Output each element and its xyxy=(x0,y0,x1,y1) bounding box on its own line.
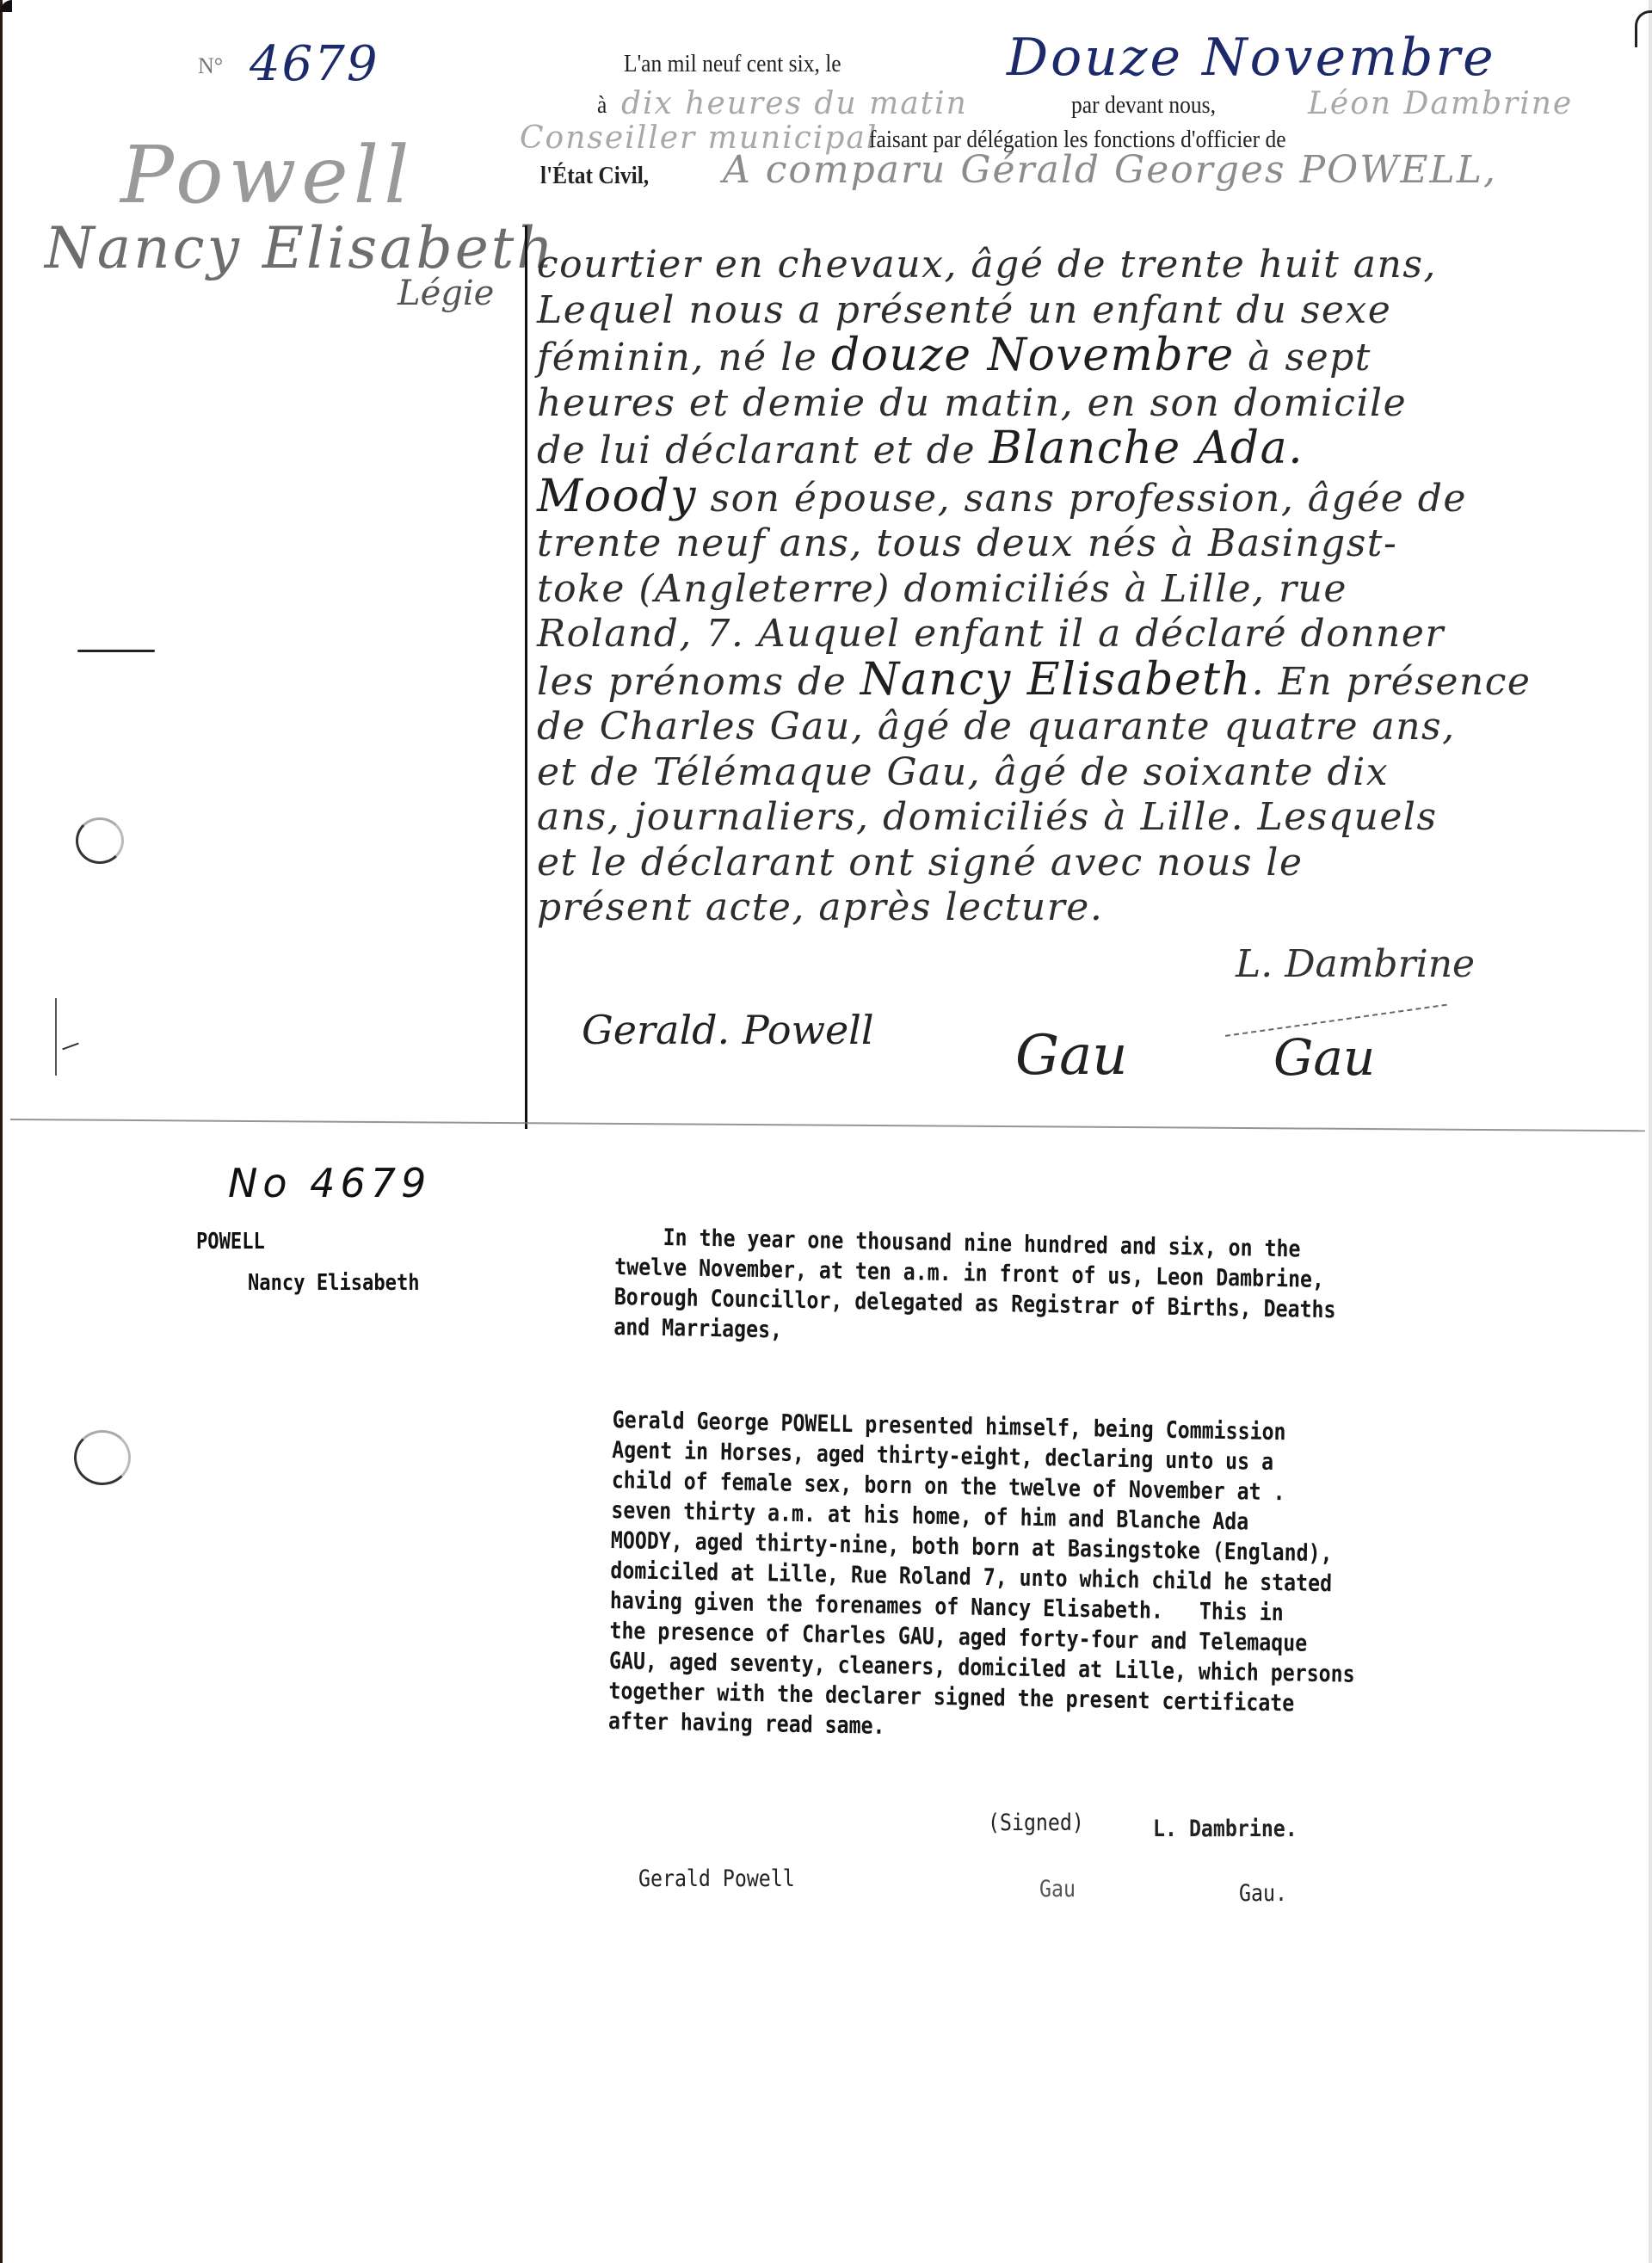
record-body-text: courtier en chevaux, âgé de trente huit … xyxy=(537,243,1526,931)
header-printed-a: à xyxy=(597,91,607,120)
record-body-line: de lui déclarant et de Blanche Ada. xyxy=(537,426,1526,474)
register-number-prefix: N° xyxy=(198,53,223,79)
record-body-line: toke (Angleterre) domiciliés à Lille, ru… xyxy=(537,567,1526,613)
record-body-line: trente neuf ans, tous deux nés à Basings… xyxy=(537,521,1526,567)
register-number: 4679 xyxy=(250,36,379,92)
scan-corner-top-right xyxy=(1635,10,1652,47)
record-body-line: Roland, 7. Auquel enfant il a déclaré do… xyxy=(537,612,1526,657)
punch-hole-icon xyxy=(76,817,124,864)
margin-given-names: Nancy Elisabeth xyxy=(45,215,556,281)
signature-witness-2: Gau xyxy=(1273,1028,1375,1087)
record-body-emphasis: Blanche Ada. xyxy=(989,422,1304,474)
page-fold-divider xyxy=(10,1119,1645,1131)
margin-vertical-mark xyxy=(55,998,57,1076)
record-body-line: présent acte, après lecture. xyxy=(537,885,1526,931)
punch-hole-icon xyxy=(74,1430,131,1485)
translation-paragraph-1: In the year one thousand nine hundred an… xyxy=(613,1222,1489,1359)
signed-officer: L. Dambrine. xyxy=(1153,1816,1298,1842)
translation-surname: POWELL xyxy=(196,1229,265,1255)
translation-paragraph-2: Gerald George POWELL presented himself, … xyxy=(608,1405,1486,1752)
margin-annotation: Légie xyxy=(398,274,494,313)
record-body-line: féminin, né le douze Novembre à sept xyxy=(537,333,1526,381)
translation-given-names: Nancy Elisabeth xyxy=(248,1270,420,1296)
record-body-line: et de Télémaque Gau, âgé de soixante dix xyxy=(537,750,1526,796)
margin-dash-mark xyxy=(77,650,155,652)
translation-number: No 4679 xyxy=(228,1160,431,1206)
scan-edge-right xyxy=(1649,0,1652,2263)
record-body-line: ans, journaliers, domiciliés à Lille. Le… xyxy=(537,795,1526,841)
signature-witness-1: Gau xyxy=(1015,1024,1128,1088)
header-printed-par-devant: par devant nous, xyxy=(1071,91,1216,120)
record-body-emphasis: Nancy Elisabeth xyxy=(860,654,1252,706)
signed-declarant: Gerald Powell xyxy=(638,1865,795,1892)
record-body-line: heures et demie du matin, en son domicil… xyxy=(537,381,1526,427)
record-body-line: les prénoms de Nancy Elisabeth. En prése… xyxy=(537,657,1526,706)
header-time-handwritten: dix heures du matin xyxy=(621,86,968,121)
signed-label: (Signed) xyxy=(988,1810,1084,1836)
record-body-emphasis: douze Novembre xyxy=(831,330,1235,381)
header-officer-handwritten: Léon Dambrine xyxy=(1308,86,1573,121)
signed-witness-1: Gau xyxy=(1039,1876,1076,1902)
record-body-line: et le déclarant ont signé avec nous le xyxy=(537,841,1526,886)
header-printed-etat-civil: l'État Civil, xyxy=(540,162,649,190)
record-body-emphasis: Moody xyxy=(537,471,697,522)
header-declarant-handwritten: A comparu Gérald Georges POWELL, xyxy=(723,148,1497,192)
record-body-line: de Charles Gau, âgé de quarante quatre a… xyxy=(537,705,1526,750)
margin-rule xyxy=(525,225,527,1129)
header-date-handwritten: Douze Novembre xyxy=(1007,28,1496,88)
signature-officer: L. Dambrine xyxy=(1236,942,1475,986)
record-body-line: courtier en chevaux, âgé de trente huit … xyxy=(537,243,1526,288)
margin-surname: Powell xyxy=(120,129,415,221)
margin-tick-mark xyxy=(62,1043,78,1051)
header-printed-line-1: L'an mil neuf cent six, le xyxy=(624,50,841,78)
signature-declarant: Gerald. Powell xyxy=(582,1007,874,1053)
signed-witness-2: Gau. xyxy=(1239,1880,1287,1907)
record-body-line: Moody son épouse, sans profession, âgée … xyxy=(537,474,1526,522)
record-body-line: Lequel nous a présenté un enfant du sexe xyxy=(537,288,1526,334)
scan-edge-left xyxy=(0,0,3,2263)
